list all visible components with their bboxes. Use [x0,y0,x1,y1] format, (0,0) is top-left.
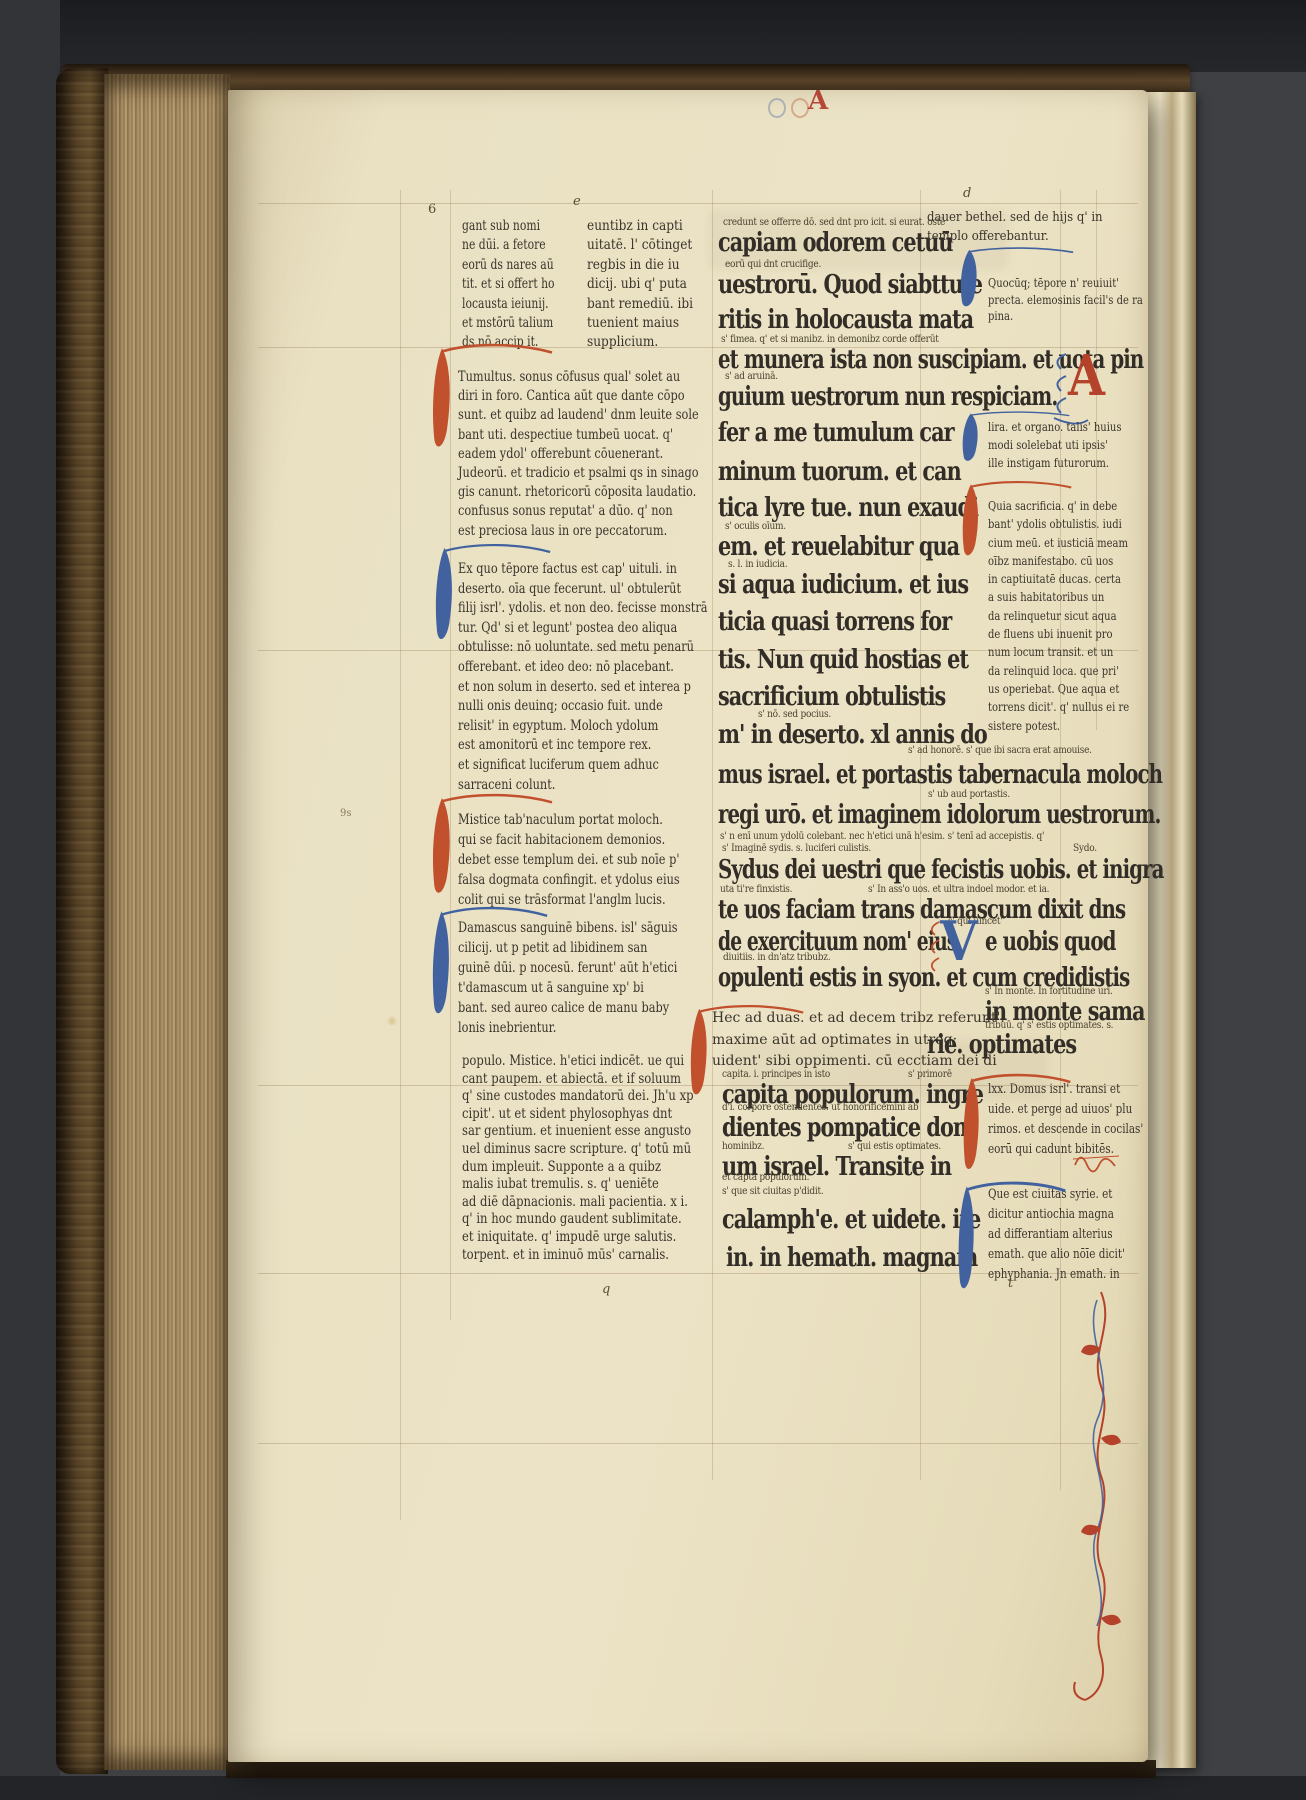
leather-texture [56,68,108,1774]
ruling-line-v [712,190,713,1480]
gloss-block-left-1a: gant sub nomine dūi. a fetoreeorū ds nar… [462,217,555,353]
bible-text-line: rie. optimates [927,1030,1076,1060]
interlinear-gloss: capita. i. principes in isto [722,1069,830,1080]
text-line: populo. Mistice. h'etici indicēt. ue qui [462,1053,697,1071]
text-line: dauer bethel. sed de hijs q' in [927,208,1103,227]
text-line: sarraceni colunt. [458,776,708,796]
page-fore-edges [104,74,230,1770]
interlinear-gloss: credunt se offerre dō. sed dnt pro icit.… [723,217,945,228]
text-line: tuenient maius [587,314,693,333]
gloss-block-populo: populo. Mistice. h'etici indicēt. ue qui… [462,1053,697,1264]
pen-flourish [1061,1290,1133,1710]
bible-text-line: ticia quasi torrens for [718,607,951,637]
text-line: et non solum in deserto. sed et interea … [458,678,708,698]
quire-mark-e: e [573,194,581,209]
bible-text-line: calamph'e. et uidete. ite [722,1205,980,1235]
text-line: sistere potest. [988,717,1129,735]
text-line: in captiuitatē ducas. certa [988,570,1129,588]
paraph-blue [956,1183,1068,1295]
running-title-letter-o-red [791,98,809,118]
book-board-bottom-edge [226,1760,1156,1778]
paraph-blue [433,545,553,645]
text-line: confusus sonus reputat' a dūo. q' non [458,502,699,521]
text-line: ad diē dāpnacionis. mali pacientia. x i. [462,1194,697,1212]
manuscript-page: A d 6 e 9s q t gant sub nomine dūi. a fe… [228,90,1148,1762]
text-line: a suis habitatoribus un [988,588,1129,606]
text-line: euntibz in capti [587,217,693,236]
paraph-blue [960,412,1072,464]
running-title-letter-o-blue [768,98,786,118]
bible-text-line: ritis in holocausta mata [718,305,973,335]
bible-text-line: dientes pompatice dom [722,1113,974,1143]
text-line: est amonitorū et inc tempore rex. [458,736,708,756]
text-line: tit. et si offert ho [462,275,555,294]
text-line: et mstōrū talium [462,314,555,333]
text-line: ne dūi. a fetore [462,236,555,255]
text-line: et significat luciferum quem adhuc [458,756,708,776]
paraph-red [960,482,1074,560]
text-line: pina. [988,308,1143,325]
ruling-line-v [400,190,401,1520]
bible-text-line: in. in hemath. magnam [726,1243,977,1273]
quire-mark-6: 6 [428,202,436,217]
text-line: regbis in die iu [587,256,693,275]
bible-text-line: Sydus dei uestri que fecistis uobis. et … [718,855,1164,885]
interlinear-gloss: s' ad honorē. s' que ibi sacra erat amou… [908,745,1092,756]
book-spine [56,68,108,1774]
interlinear-gloss: s' oculis oīum. [725,521,786,532]
interlinear-gloss: s' n enī unum ydolū colebant. nec h'etic… [720,831,1044,842]
bible-text-line: fer a me tumulum car [718,418,954,448]
interlinear-gloss: s' Imaginē sydis. s. luciferi culistis. [722,843,871,854]
margin-note: 9s [340,808,352,819]
text-line: uitatē. l' cōtinget [587,236,693,255]
initial-V-ve: V [940,914,978,968]
text-line: bant remediū. ibi [587,295,693,314]
interlinear-gloss: s' fimea. q' et si manibz. in demonibz c… [721,334,939,345]
bible-text-line: minum tuorum. et can [718,457,961,487]
text-line: dum impleuit. Supponte a a quibz [462,1159,697,1177]
photograph-of-manuscript: { "meta": { "title": "Glossed Latin Bibl… [0,0,1306,1800]
text-line: relisit' in egyptum. Moloch ydolum [458,717,708,737]
text-line: q' in hoc mundo gaudent sublimitate. [462,1211,697,1229]
gloss-block-dauer: dauer bethel. sed de hijs q' intemplo of… [927,208,1103,246]
paraph-blue [958,248,1076,310]
text-line: locausta ieiunij. [462,295,555,314]
interlinear-gloss: s' ad aruinā. [725,371,778,382]
initial-V-flourish [926,920,942,976]
interlinear-gloss: s' primorē [908,1069,952,1080]
interlinear-gloss: hominibz. [722,1141,764,1152]
bible-text-line: sacrificium obtulistis [718,682,945,712]
text-line: et iniquitate. q' impudē urge salutis. [462,1229,697,1247]
bible-text-line: te uos faciam trans damascum dixit dns [718,895,1125,925]
ruling-line-h [258,203,1138,204]
interlinear-gloss: s' In monte. In fortitudine urī. [985,986,1113,997]
bible-text-line: uestrorū. Quod siabttule [718,270,982,300]
text-line: torrens dicit'. q' nullus ei re [988,698,1129,716]
interlinear-gloss: eorū qui dnt crucifige. [725,259,821,270]
text-line: num locum transit. et un [988,643,1129,661]
interlinear-gloss: Sydo. [1073,843,1097,854]
gloss-block-left-1b: euntibz in captiuitatē. l' cōtingetregbi… [587,217,693,353]
bible-text-line: capiam odorem cetuū [718,228,953,258]
paraph-red [430,345,555,453]
text-line: est preciosa laus in ore peccatorum. [458,522,699,541]
interlinear-gloss: s' qui estis optimates. [848,1141,941,1152]
text-line: Judeorū. et tradicio et psalmi qs in sin… [458,464,699,483]
interlinear-gloss: uta ti're finxistis. [720,884,792,895]
initial-A-aufer: A [1068,348,1105,404]
interlinear-gloss: d'i. corpore ostendentes. ut honorificem… [722,1102,918,1113]
bible-text-line: regi urō. et imaginem idolorum uestrorum… [718,800,1160,830]
text-line: cipit'. ut et sident phylosophyas dnt [462,1106,697,1124]
interlinear-gloss: s' ub aud portastis. [928,789,1010,800]
text-line: dicij. ubi q' puta [587,275,693,294]
bible-text-line: mus israel. et portastis tabernacula mol… [718,760,1162,790]
text-line: de fluens ubi inuenit pro [988,625,1129,643]
text-line: gis canunt. rhetoricorū cōposita laudati… [458,483,699,502]
text-line: eorū ds nares aū [462,256,555,275]
text-line: q' sine custodes mandatorū dei. Jh'u xp' [462,1088,697,1106]
stain [386,1016,398,1026]
ruling-line-h [258,1443,1138,1444]
text-line: da relinquid loca. que pri' [988,662,1129,680]
bible-text-line: guium uestrorum nun respiciam. [718,382,1057,412]
knot-ornament [1073,1152,1119,1170]
text-line: us operiebat. Que aqua et [988,680,1129,698]
under-page-edges [1146,92,1196,1768]
bible-text-line: tis. Nun quid hostias et [718,645,968,675]
text-line: supplicium. [587,333,693,352]
text-line: uel diminus sacre scripture. q' totū mū [462,1141,697,1159]
leaf-signature-q: q [602,1282,610,1297]
interlinear-gloss: s' In ass'o uos. et ultra indoel modor. … [868,884,1049,895]
bible-text-line: tica lyre tue. nun exaudi [718,493,978,523]
paraph-red [430,795,555,899]
bible-text-line: em. et reuelabitur qua [718,532,959,562]
interlinear-gloss: s' nō. sed pocius. [758,709,831,720]
paraph-red [961,1075,1073,1175]
text-line: torpent. et in iminuō mūs' carnalis. [462,1247,697,1265]
text-line: malis iubat tremulis. s. q' ueniēte [462,1176,697,1194]
text-line: cant paupem. et abiectā. et if soluum [462,1071,697,1089]
text-line: lonis inebrientur. [458,1018,678,1038]
text-line: da relinquetur sicut aqua [988,607,1129,625]
bible-text-line: si aqua iudicium. et ius [718,570,968,600]
quire-mark-d: d [963,186,971,201]
interlinear-gloss: s' que sit ciuitas p'didit. [722,1186,823,1197]
text-line: offerebant. et ideo deo: nō placebant. [458,658,708,678]
interlinear-gloss: s. l. in iudicia. [728,559,787,570]
backdrop-bottom [0,1776,1306,1800]
text-line: gant sub nomi [462,217,555,236]
backdrop-top [0,0,1306,72]
interlinear-gloss: et capta populorum. [722,1172,809,1183]
text-line: sar gentium. et inuenient esse angusto [462,1123,697,1141]
interlinear-gloss: diuitiis. in dn'atz tribubz. [723,952,830,963]
text-line: nulli onis deuinq; occasio fuit. unde [458,697,708,717]
backdrop-left [0,0,60,1800]
running-title-letter: A [808,88,828,114]
text-line: templo offerebantur. [927,227,1103,246]
paraph-blue [430,908,550,1020]
bible-text-line: e uobis quod [985,927,1116,957]
